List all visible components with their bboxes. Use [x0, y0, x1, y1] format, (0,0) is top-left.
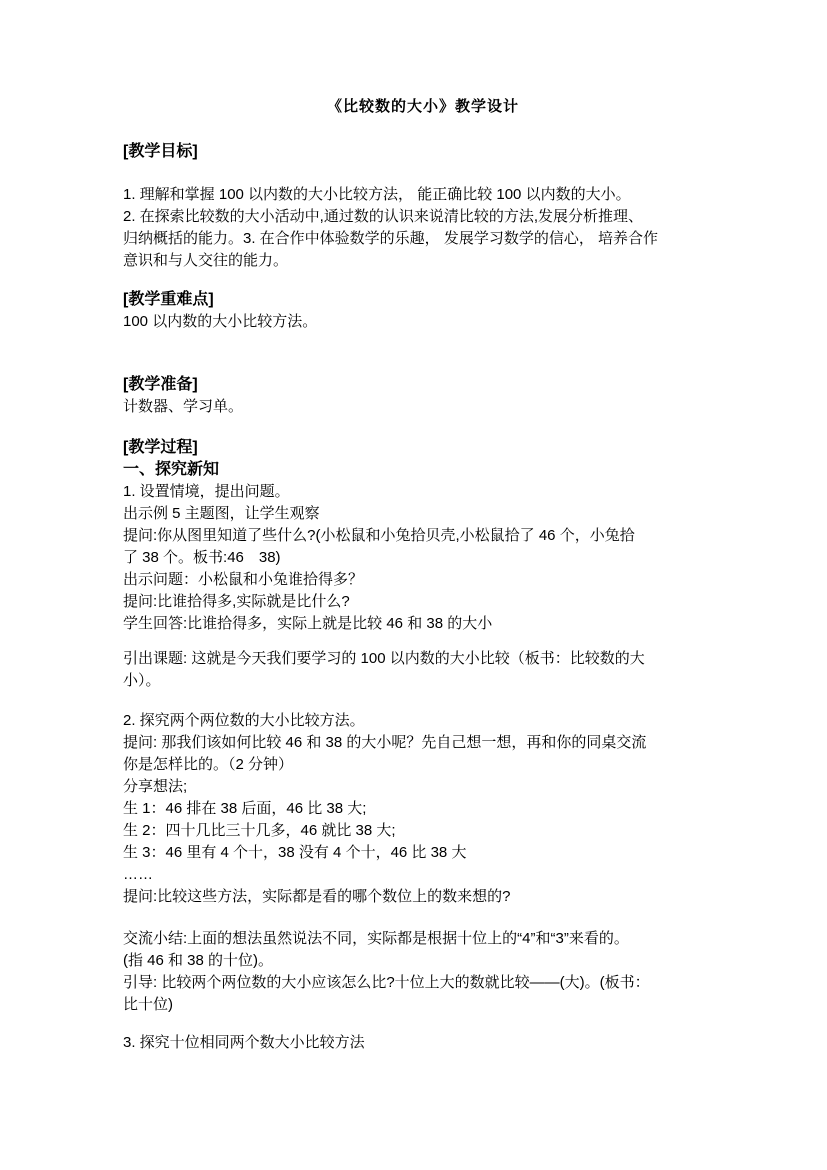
part1-heading: 一、探究新知 [123, 459, 723, 481]
page-title: 《比较数的大小》教学设计 [123, 96, 723, 118]
process-line: 出示例 5 主题图，让学生观察 [123, 503, 723, 525]
section-heading-keypoints: [教学重难点] [123, 289, 723, 311]
summary-line: (指 46 和 38 的十位)。 [123, 950, 723, 972]
section-keypoints: [教学重难点] 100 以内数的大小比较方法。 [123, 289, 723, 333]
step2-line: 提问: 那我们该如何比较 46 和 38 的大小呢？先自己想一想，再和你的同桌交… [123, 732, 723, 754]
topic-line: 小）。 [123, 670, 723, 692]
keypoint-line: 100 以内数的大小比较方法。 [123, 311, 723, 333]
objective-line: 意识和与人交往的能力。 [123, 250, 723, 272]
ellipsis-line: …… [123, 864, 723, 886]
process-line: 1. 设置情境，提出问题。 [123, 481, 723, 503]
step2-line: 2. 探究两个两位数的大小比较方法。 [123, 710, 723, 732]
step3-line: 3. 探究十位相同两个数大小比较方法 [123, 1032, 723, 1054]
step2-line: 分享想法; [123, 776, 723, 798]
preparation-line: 计数器、学习单。 [123, 396, 723, 418]
section-preparation: [教学准备] 计数器、学习单。 [123, 374, 723, 418]
step2-line: 提问:比较这些方法，实际都是看的哪个数位上的数来想的? [123, 886, 723, 908]
step2-line: 你是怎样比的。（2 分钟） [123, 754, 723, 776]
document-page: 《比较数的大小》教学设计 [教学目标] 1. 理解和掌握 100 以内数的大小比… [0, 0, 827, 1170]
section-heading-process: [教学过程] [123, 437, 723, 459]
summary-line: 引导: 比较两个两位数的大小应该怎么比?十位上大的数就比较——(大)。(板书： [123, 972, 723, 994]
objective-line: 归纳概括的能力。3. 在合作中体验数学的乐趣， 发展学习数学的信心， 培养合作 [123, 228, 723, 250]
objective-line: 1. 理解和掌握 100 以内数的大小比较方法， 能正确比较 100 以内数的大… [123, 184, 723, 206]
summary-line: 比十位) [123, 994, 723, 1016]
summary-line: 交流小结:上面的想法虽然说法不同，实际都是根据十位上的“4”和“3”来看的。 [123, 928, 723, 950]
topic-line: 引出课题: 这就是今天我们要学习的 100 以内数的大小比较（板书：比较数的大 [123, 648, 723, 670]
objective-line: 2. 在探索比较数的大小活动中,通过数的认识来说清比较的方法,发展分析推理、 [123, 206, 723, 228]
topic-intro: 引出课题: 这就是今天我们要学习的 100 以内数的大小比较（板书：比较数的大 … [123, 648, 723, 692]
process-line: 提问:比谁拾得多,实际就是比什么? [123, 591, 723, 613]
document-content: 《比较数的大小》教学设计 [教学目标] 1. 理解和掌握 100 以内数的大小比… [123, 96, 723, 1054]
process-line: 提问:你从图里知道了些什么?(小松鼠和小兔拾贝壳,小松鼠拾了 46 个，小兔拾 [123, 525, 723, 547]
summary-block: 交流小结:上面的想法虽然说法不同，实际都是根据十位上的“4”和“3”来看的。 (… [123, 928, 723, 1016]
process-line: 出示问题：小松鼠和小兔谁拾得多？ [123, 569, 723, 591]
section-heading-preparation: [教学准备] [123, 374, 723, 396]
step2-block: 2. 探究两个两位数的大小比较方法。 提问: 那我们该如何比较 46 和 38 … [123, 710, 723, 908]
process-line: 了 38 个。板书:46 38) [123, 547, 723, 569]
step3-block: 3. 探究十位相同两个数大小比较方法 [123, 1032, 723, 1054]
step2-line: 生 3：46 里有 4 个十，38 没有 4 个十，46 比 38 大 [123, 842, 723, 864]
section-heading-objectives: [教学目标] [123, 141, 723, 163]
section-process: [教学过程] 一、探究新知 1. 设置情境，提出问题。 出示例 5 主题图，让学… [123, 437, 723, 635]
step2-line: 生 2：四十几比三十几多，46 就比 38 大; [123, 820, 723, 842]
process-line: 学生回答:比谁拾得多，实际上就是比较 46 和 38 的大小 [123, 613, 723, 635]
section-objectives: 1. 理解和掌握 100 以内数的大小比较方法， 能正确比较 100 以内数的大… [123, 184, 723, 272]
step2-line: 生 1：46 排在 38 后面，46 比 38 大; [123, 798, 723, 820]
